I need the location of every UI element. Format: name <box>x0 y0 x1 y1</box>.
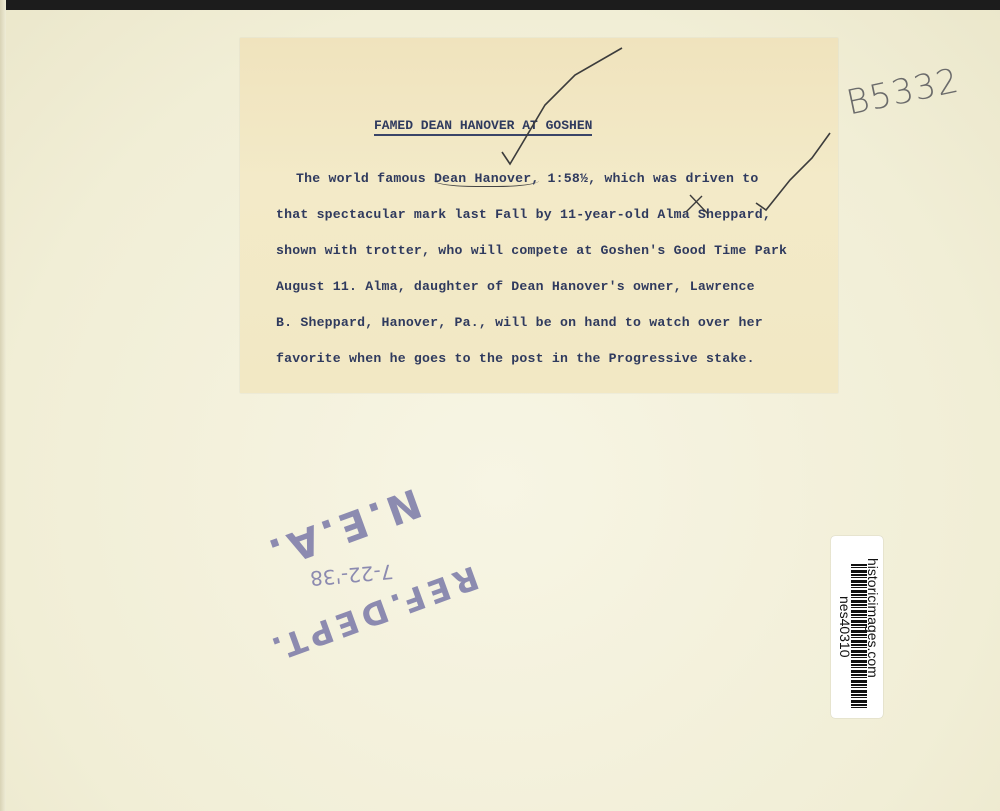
caption-clipping: FAMED DEAN HANOVER AT GOSHEN The world f… <box>240 38 838 393</box>
caption-line-3: shown with trotter, who will compete at … <box>276 243 787 258</box>
caption-line-2: that spectacular mark last Fall by 11-ye… <box>276 207 771 222</box>
caption-line-1-post: 1:58½, which was driven to <box>539 171 758 186</box>
caption-headline: FAMED DEAN HANOVER AT GOSHEN <box>374 118 592 136</box>
stamp-agency: N.E.A. <box>259 479 427 578</box>
handwritten-catalog-number: B5332 <box>843 61 963 124</box>
label-site: historicimages.com <box>865 558 881 678</box>
barcode-label: historicimages.com nes40310 <box>831 536 883 718</box>
caption-line-5: B. Sheppard, Hanover, Pa., will be on ha… <box>276 315 763 330</box>
label-id: nes40310 <box>837 596 853 658</box>
caption-line-6: favorite when he goes to the post in the… <box>276 351 755 366</box>
caption-line-1: The world famous Dean Hanover, 1:58½, wh… <box>296 171 759 186</box>
stamp-date: 7-22-'38 <box>309 559 394 590</box>
photo-top-edge <box>0 0 1000 10</box>
caption-line-1-pre: The world famous <box>296 171 434 186</box>
photo-left-edge <box>0 0 6 811</box>
underlined-horse-name: Dean Hanover, <box>434 171 539 187</box>
caption-line-4: August 11. Alma, daughter of Dean Hanove… <box>276 279 755 294</box>
